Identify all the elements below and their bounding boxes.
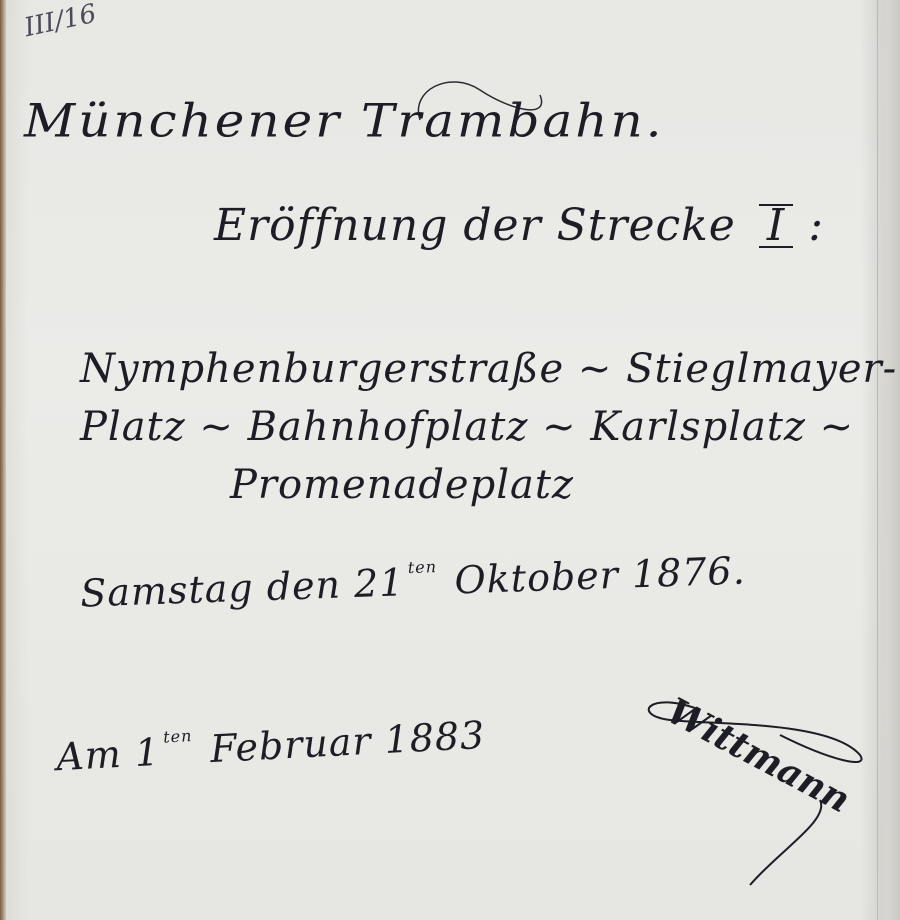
route-line-3: Promenadeplatz (230, 462, 574, 508)
route-line-1: Nymphenburgerstraße ~ Stieglmayer- (80, 346, 897, 392)
closing-date: Am 1ten Februar 1883 (55, 711, 486, 779)
opening-date-prefix: Samstag den 21 (79, 560, 405, 615)
section-numeral: I (759, 204, 793, 248)
page-right-fold (877, 0, 900, 920)
page-left-edge (0, 0, 6, 920)
document-page: III/16 Münchener Trambahn. Eröffnung der… (0, 0, 900, 920)
closing-date-prefix: Am 1 (55, 730, 161, 779)
route-line-2: Platz ~ Bahnhofplatz ~ Karlsplatz ~ (80, 404, 854, 450)
opening-date-month-year: Oktober 1876. (454, 548, 747, 602)
subtitle-colon: : (808, 200, 824, 251)
opening-date: Samstag den 21ten Oktober 1876. (79, 546, 746, 615)
closing-date-month-year: Februar 1883 (209, 713, 486, 771)
document-subtitle: Eröffnung der Strecke I : (214, 200, 824, 251)
closing-date-ordinal: ten (163, 726, 193, 747)
opening-date-ordinal: ten (407, 557, 437, 577)
document-title: Münchener Trambahn. (24, 94, 665, 147)
reference-mark: III/16 (22, 0, 99, 43)
subtitle-text: Eröffnung der Strecke (214, 200, 736, 251)
